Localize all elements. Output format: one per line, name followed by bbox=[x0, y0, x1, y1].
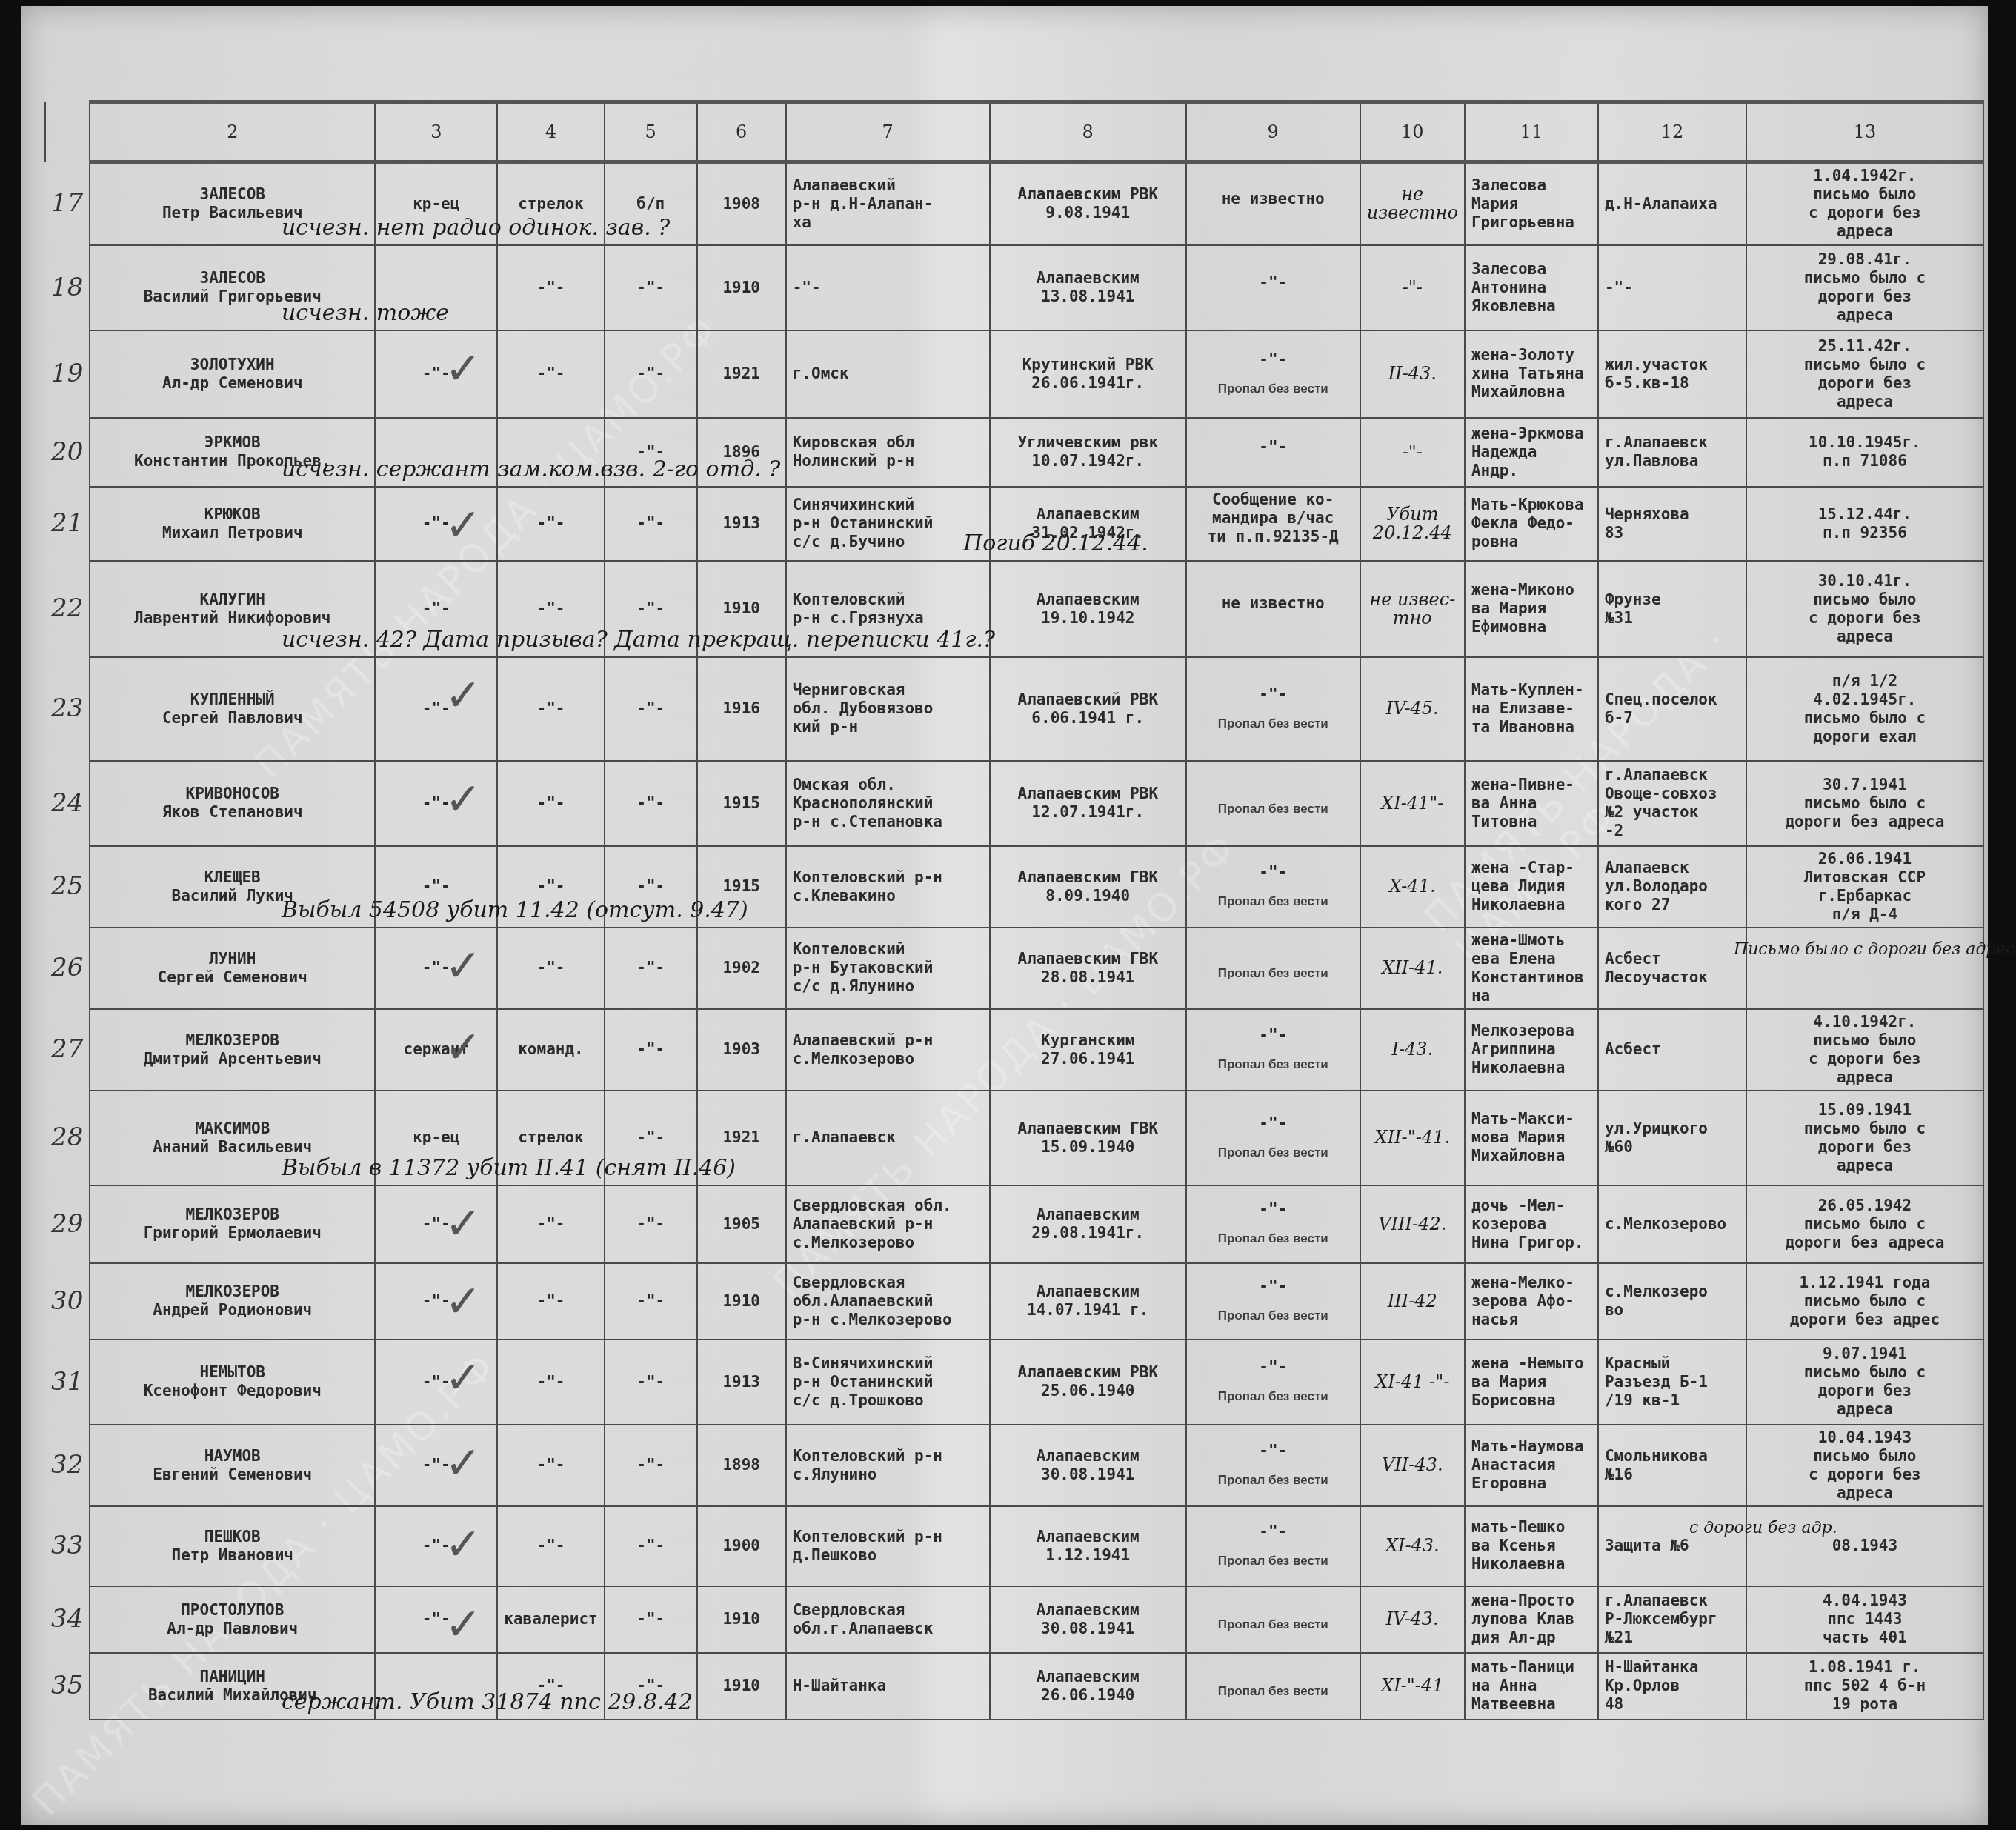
cell-party: -"- bbox=[605, 561, 697, 657]
table-row: 29МЕЛКОЗЕРОВ Григорий Ермолаевич-"--"--"… bbox=[45, 1185, 1983, 1263]
cell-date-hand: VIII-42. bbox=[1360, 1185, 1465, 1263]
cell-text: Асбест bbox=[1605, 1040, 1740, 1059]
cell-text: -"- bbox=[504, 279, 597, 297]
cell-text: 15.12.44г. п.п 92356 bbox=[1753, 505, 1977, 542]
cell-position: -"- bbox=[497, 561, 604, 657]
cell-name: МЕЛКОЗЕРОВ Григорий Ермолаевич bbox=[90, 1185, 375, 1263]
cell-text: команд. bbox=[504, 1040, 597, 1059]
cell-date-hand: XI-41 -"- bbox=[1360, 1340, 1465, 1425]
row-number: 35 bbox=[45, 1653, 90, 1720]
cell-address: с.Мелкозерово bbox=[1598, 1185, 1746, 1263]
cell-text: Фрунзе №31 bbox=[1605, 590, 1740, 628]
cell-text: Алапаевским 14.07.1941 г. bbox=[997, 1282, 1180, 1320]
cell-text: 30.10.41г. письмо было с дороги без адре… bbox=[1753, 572, 1977, 646]
cell-drafted: Алапаевским ГВК 8.09.1940 bbox=[990, 846, 1186, 928]
cell-last-letter: 1.04.1942г. письмо было с дороги без адр… bbox=[1746, 162, 1983, 245]
cell-text: жена -Стар- цева Лидия Николаевна bbox=[1471, 859, 1591, 914]
cell-relative: дочь -Мел- козерова Нина Григор. bbox=[1465, 1185, 1598, 1263]
cell-relative: Залесова Мария Григорьевна bbox=[1465, 162, 1598, 245]
cell-year: 1903 bbox=[697, 1009, 786, 1091]
cell-text: Алапаевским 29.08.1941г. bbox=[997, 1205, 1180, 1242]
column-header: 8 bbox=[990, 102, 1186, 162]
fate-text: -"- bbox=[1193, 863, 1354, 882]
cell-drafted: Крутинский РВК 26.06.1941г. bbox=[990, 330, 1186, 418]
cell-text: 1921 bbox=[704, 365, 779, 383]
handwritten-date: III-42 bbox=[1367, 1292, 1458, 1311]
cell-text: -"- bbox=[611, 365, 691, 383]
cell-text: жена-Эркмова Надежда Андр. bbox=[1471, 425, 1591, 480]
table-row: 33ПЕШКОВ Петр Иванович-"--"--"-1900Копте… bbox=[45, 1506, 1983, 1586]
cell-text: -"- bbox=[611, 1040, 691, 1059]
cell-party: -"- bbox=[605, 1653, 697, 1720]
cell-text: Алапаевским 26.06.1940 bbox=[997, 1668, 1180, 1705]
cell-text: 1913 bbox=[704, 1373, 779, 1391]
cell-text: Крутинский РВК 26.06.1941г. bbox=[997, 356, 1180, 393]
row-number: 28 bbox=[45, 1091, 90, 1185]
cell-name: КЛЕЩЕВ Василий Лукич bbox=[90, 846, 375, 928]
cell-text: МЕЛКОЗЕРОВ Григорий Ермолаевич bbox=[96, 1205, 368, 1242]
row-number-header bbox=[45, 102, 90, 162]
cell-party: -"- bbox=[605, 418, 697, 487]
cell-text: Красный Разъезд Б-1 /19 кв-1 bbox=[1605, 1354, 1740, 1410]
column-header: 11 bbox=[1465, 102, 1598, 162]
cell-text: 1896 bbox=[704, 443, 779, 462]
cell-position: стрелок bbox=[497, 162, 604, 245]
cell-text: -"- bbox=[611, 794, 691, 813]
cell-text: Алапаевским ГВК 8.09.1940 bbox=[997, 868, 1180, 905]
cell-fate: -"-Пропал без вести bbox=[1186, 330, 1360, 418]
cell-last-letter: 30.7.1941 письмо было с дороги без адрес… bbox=[1746, 761, 1983, 846]
cell-text: Кировская обл Нолинский р-н bbox=[793, 433, 983, 470]
cell-relative: Мать-Макси- мова Мария Михайловна bbox=[1465, 1091, 1598, 1185]
cell-relative: жена-Миконо ва Мария Ефимовна bbox=[1465, 561, 1598, 657]
handwritten-date: -"- bbox=[1367, 279, 1458, 297]
check-mark-icon: ✓ bbox=[445, 343, 482, 395]
cell-relative: Залесова Антонина Яковлевна bbox=[1465, 245, 1598, 330]
cell-name: КАЛУГИН Лаврентий Никифорович bbox=[90, 561, 375, 657]
cell-date-hand: -"- bbox=[1360, 245, 1465, 330]
cell-relative: Мать-Куплен- на Елизаве- та Ивановна bbox=[1465, 657, 1598, 761]
cell-birthplace: Коптеловский р-н д.Пешково bbox=[786, 1506, 990, 1586]
cell-drafted: Алапаевским ГВК 28.08.1941 bbox=[990, 928, 1186, 1009]
cell-name: МЕЛКОЗЕРОВ Дмитрий Арсентьевич bbox=[90, 1009, 375, 1091]
cell-year: 1900 bbox=[697, 1506, 786, 1586]
cell-fate: -"- bbox=[1186, 418, 1360, 487]
cell-text: ЛУНИН Сергей Семенович bbox=[96, 950, 368, 987]
fate-text: -"- bbox=[1193, 1523, 1354, 1541]
cell-text: Черняхова 83 bbox=[1605, 505, 1740, 542]
row-number: 30 bbox=[45, 1263, 90, 1340]
cell-address: -"- bbox=[1598, 245, 1746, 330]
cell-address: Фрунзе №31 bbox=[1598, 561, 1746, 657]
cell-text: -"- bbox=[504, 1292, 597, 1311]
missing-stamp: Пропал без вести bbox=[1193, 799, 1354, 818]
cell-text: -"- bbox=[611, 1373, 691, 1391]
cell-birthplace: Коптеловский р-н с.Ялунино bbox=[786, 1425, 990, 1506]
cell-text: ЗОЛОТУХИН Ал-др Семенович bbox=[96, 356, 368, 393]
cell-birthplace: Свердловская обл.Алапаевский р-н с.Мелко… bbox=[786, 1263, 990, 1340]
cell-text: Алапаевским ГВК 15.09.1940 bbox=[997, 1119, 1180, 1157]
cell-address: Алапаевск ул.Володаро кого 27 bbox=[1598, 846, 1746, 928]
cell-fate: Пропал без вести bbox=[1186, 1586, 1360, 1653]
cell-party: -"- bbox=[605, 487, 697, 561]
missing-stamp: Пропал без вести bbox=[1193, 379, 1354, 398]
cell-rank: -"- bbox=[375, 846, 497, 928]
cell-text: Алапаевским РВК 12.07.1941г. bbox=[997, 785, 1180, 822]
cell-name: ПАНИЦИН Василий Михайлович bbox=[90, 1653, 375, 1720]
cell-fate: -"-Пропал без вести bbox=[1186, 1263, 1360, 1340]
cell-fate: -"-Пропал без вести bbox=[1186, 846, 1360, 928]
cell-text: Алапаевский р-н д.Н-Алапан- ха bbox=[793, 176, 983, 232]
cell-year: 1916 bbox=[697, 657, 786, 761]
check-mark-icon: ✓ bbox=[445, 1599, 482, 1651]
cell-party: -"- bbox=[605, 657, 697, 761]
missing-stamp: Пропал без вести bbox=[1193, 1055, 1354, 1074]
cell-text: Алапаевским 13.08.1941 bbox=[997, 269, 1180, 306]
cell-text: мать-Пешко ва Ксенья Николаевна bbox=[1471, 1518, 1591, 1574]
missing-stamp: Пропал без вести bbox=[1193, 1615, 1354, 1634]
cell-text: НЕМЫТОВ Ксенофонт Федорович bbox=[96, 1363, 368, 1400]
cell-name: ЗАЛЕСОВ Василий Григорьевич bbox=[90, 245, 375, 330]
cell-party: -"- bbox=[605, 1263, 697, 1340]
cell-text: Мелкозерова Агриппина Николаевна bbox=[1471, 1022, 1591, 1077]
handwritten-date: XI-41"- bbox=[1367, 794, 1458, 813]
handwritten-date: X-41. bbox=[1367, 877, 1458, 896]
table-row: 25КЛЕЩЕВ Василий Лукич-"--"--"-1915Копте… bbox=[45, 846, 1983, 928]
cell-text: 1898 bbox=[704, 1456, 779, 1474]
cell-text: -"- bbox=[504, 1456, 597, 1474]
cell-text: КРЮКОВ Михаил Петрович bbox=[96, 505, 368, 542]
cell-birthplace: г.Омск bbox=[786, 330, 990, 418]
cell-name: МЕЛКОЗЕРОВ Андрей Родионович bbox=[90, 1263, 375, 1340]
missing-stamp: Пропал без вести bbox=[1193, 892, 1354, 911]
cell-birthplace: Свердловская обл.г.Алапаевск bbox=[786, 1586, 990, 1653]
table-row: 34ПРОСТОЛУПОВ Ал-др Павлович-"-кавалерис… bbox=[45, 1586, 1983, 1653]
cell-drafted: Угличевским рвк 10.07.1942г. bbox=[990, 418, 1186, 487]
cell-date-hand: VII-43. bbox=[1360, 1425, 1465, 1506]
cell-last-letter: 1.08.1941 г. ппс 502 4 б-н 19 рота bbox=[1746, 1653, 1983, 1720]
cell-year: 1915 bbox=[697, 761, 786, 846]
missing-stamp: Пропал без вести bbox=[1193, 1387, 1354, 1405]
cell-drafted: Алапаевским 30.08.1941 bbox=[990, 1425, 1186, 1506]
fate-text: -"- bbox=[1193, 1277, 1354, 1296]
missing-stamp: Пропал без вести bbox=[1193, 714, 1354, 733]
cell-last-letter: 25.11.42г. письмо было с дороги без адре… bbox=[1746, 330, 1983, 418]
cell-birthplace: Коптеловский р-н Бутаковский с/с д.Ялуни… bbox=[786, 928, 990, 1009]
cell-text: 1.08.1941 г. ппс 502 4 б-н 19 рота bbox=[1753, 1658, 1977, 1714]
cell-text: г.Алапаевск ул.Павлова bbox=[1605, 433, 1740, 470]
cell-rank bbox=[375, 1653, 497, 1720]
cell-name: ЗАЛЕСОВ Петр Васильевич bbox=[90, 162, 375, 245]
cell-name: ЗОЛОТУХИН Ал-др Семенович bbox=[90, 330, 375, 418]
cell-drafted: Алапаевским 14.07.1941 г. bbox=[990, 1263, 1186, 1340]
cell-date-hand: II-43. bbox=[1360, 330, 1465, 418]
handwritten-date: XI-"-41 bbox=[1367, 1677, 1458, 1695]
cell-text: Мать-Куплен- на Елизаве- та Ивановна bbox=[1471, 681, 1591, 736]
cell-date-hand: XII-"-41. bbox=[1360, 1091, 1465, 1185]
cell-date-hand: XII-41. bbox=[1360, 928, 1465, 1009]
cell-drafted: Курганским 27.06.1941 bbox=[990, 1009, 1186, 1091]
cell-text: Черниговская обл. Дубовязово кий р-н bbox=[793, 681, 983, 736]
cell-text: жена-Пивне- ва Анна Титовна bbox=[1471, 776, 1591, 831]
cell-fate: не известно bbox=[1186, 561, 1360, 657]
cell-last-letter: п/я 1/2 4.02.1945г. письмо было с дороги… bbox=[1746, 657, 1983, 761]
cell-text: Алапаевским 31.02.1942г. bbox=[997, 505, 1180, 542]
cell-text: -"- bbox=[504, 877, 597, 896]
cell-position: -"- bbox=[497, 657, 604, 761]
fate-text: -"- bbox=[1193, 273, 1354, 292]
handwritten-date: -"- bbox=[1367, 443, 1458, 462]
column-number-header: 2345678910111213 bbox=[45, 102, 1983, 162]
cell-text: Залесова Антонина Яковлевна bbox=[1471, 260, 1591, 316]
cell-text: г.Алапаевск bbox=[793, 1128, 983, 1147]
cell-text: Алапаевским 1.12.1941 bbox=[997, 1528, 1180, 1565]
cell-text: -"- bbox=[504, 1373, 597, 1391]
handwritten-date: XI-43. bbox=[1367, 1537, 1458, 1555]
cell-year: 1910 bbox=[697, 245, 786, 330]
cell-party: б/п bbox=[605, 162, 697, 245]
check-mark-icon: ✓ bbox=[445, 1276, 482, 1328]
cell-text: ЭРКМОВ Константин Прокопьев. bbox=[96, 433, 368, 470]
cell-drafted: Алапаевским 1.12.1941 bbox=[990, 1506, 1186, 1586]
cell-text: 10.04.1943 письмо было с дороги без адре… bbox=[1753, 1428, 1977, 1503]
cell-text: КАЛУГИН Лаврентий Никифорович bbox=[96, 590, 368, 628]
check-mark-icon: ✓ bbox=[445, 499, 482, 551]
table-row: 30МЕЛКОЗЕРОВ Андрей Родионович-"--"--"-1… bbox=[45, 1263, 1983, 1340]
row-number: 29 bbox=[45, 1185, 90, 1263]
cell-text: Угличевским рвк 10.07.1942г. bbox=[997, 433, 1180, 470]
cell-text: -"- bbox=[611, 599, 691, 618]
cell-relative: жена-Пивне- ва Анна Титовна bbox=[1465, 761, 1598, 846]
cell-drafted: Алапаевским ГВК 15.09.1940 bbox=[990, 1091, 1186, 1185]
cell-text: Коптеловский р-н д.Пешково bbox=[793, 1528, 983, 1565]
cell-relative: мать-Паници на Анна Матвеевна bbox=[1465, 1653, 1598, 1720]
fate-text: -"- bbox=[1193, 350, 1354, 369]
cell-text: Алапаевским РВК 25.06.1940 bbox=[997, 1363, 1180, 1400]
column-header: 9 bbox=[1186, 102, 1360, 162]
table-row: 18ЗАЛЕСОВ Василий Григорьевич-"--"-1910-… bbox=[45, 245, 1983, 330]
cell-year: 1910 bbox=[697, 561, 786, 657]
cell-position: команд. bbox=[497, 1009, 604, 1091]
cell-text: -"- bbox=[611, 514, 691, 533]
cell-address: д.Н-Алапаиха bbox=[1598, 162, 1746, 245]
cell-text: 1910 bbox=[704, 599, 779, 618]
cell-text: -"- bbox=[382, 877, 490, 896]
cell-text: 1915 bbox=[704, 877, 779, 896]
cell-text: -"- bbox=[504, 365, 597, 383]
cell-address: Красный Разъезд Б-1 /19 кв-1 bbox=[1598, 1340, 1746, 1425]
handwritten-date: II-43. bbox=[1367, 365, 1458, 383]
cell-birthplace: г.Алапаевск bbox=[786, 1091, 990, 1185]
cell-text: 26.05.1942 письмо было с дороги без адре… bbox=[1753, 1197, 1977, 1252]
column-header: 5 bbox=[605, 102, 697, 162]
cell-year: 1910 bbox=[697, 1586, 786, 1653]
cell-text: кр-ец bbox=[382, 1128, 490, 1147]
cell-last-letter: 15.12.44г. п.п 92356 bbox=[1746, 487, 1983, 561]
cell-text: 4.04.1943 ппс 1443 часть 401 bbox=[1753, 1591, 1977, 1647]
cell-relative: жена-Просто лупова Клав дия Ал-др bbox=[1465, 1586, 1598, 1653]
cell-last-letter: 1.12.1941 года письмо было с дороги без … bbox=[1746, 1263, 1983, 1340]
cell-fate: -"-Пропал без вести bbox=[1186, 1425, 1360, 1506]
cell-text: д.Н-Алапаиха bbox=[1605, 195, 1740, 213]
cell-text: жена-Шмоть ева Елена Константинов на bbox=[1471, 931, 1591, 1005]
column-header: 2 bbox=[90, 102, 375, 162]
check-mark-icon: ✓ bbox=[445, 1519, 482, 1571]
cell-text: Коптеловский р-н с.Грязнуха bbox=[793, 590, 983, 628]
cell-text: г.Алапаевск Овоще-совхоз №2 участок -2 bbox=[1605, 766, 1740, 840]
fate-text: -"- bbox=[1193, 1442, 1354, 1460]
cell-text: 9.07.1941 письмо было с дороги без адрес… bbox=[1753, 1345, 1977, 1419]
cell-position: -"- bbox=[497, 1185, 604, 1263]
column-header: 7 bbox=[786, 102, 990, 162]
cell-drafted: Алапаевским 29.08.1941г. bbox=[990, 1185, 1186, 1263]
table-row: 19ЗОЛОТУХИН Ал-др Семенович-"--"--"-1921… bbox=[45, 330, 1983, 418]
cell-address: Защита №6 bbox=[1598, 1506, 1746, 1586]
cell-text: Свердловская обл.Алапаевский р-н с.Мелко… bbox=[793, 1274, 983, 1329]
table-row: 21КРЮКОВ Михаил Петрович-"--"--"-1913Син… bbox=[45, 487, 1983, 561]
missing-stamp: Пропал без вести bbox=[1193, 1682, 1354, 1700]
cell-fate: -"-Пропал без вести bbox=[1186, 657, 1360, 761]
cell-text: 1915 bbox=[704, 794, 779, 813]
cell-year: 1908 bbox=[697, 162, 786, 245]
cell-text: МЕЛКОЗЕРОВ Андрей Родионович bbox=[96, 1282, 368, 1320]
cell-text: -"- bbox=[611, 279, 691, 297]
cell-birthplace: Алапаевский р-н д.Н-Алапан- ха bbox=[786, 162, 990, 245]
cell-text: Курганским 27.06.1941 bbox=[997, 1031, 1180, 1068]
missing-stamp: Пропал без вести bbox=[1193, 1143, 1354, 1162]
cell-text: Асбест Лесоучасток bbox=[1605, 950, 1740, 987]
cell-text: 10.10.1945г. п.п 71086 bbox=[1753, 433, 1977, 470]
cell-text: 1905 bbox=[704, 1215, 779, 1234]
cell-fate: Пропал без вести bbox=[1186, 928, 1360, 1009]
cell-text: с.Мелкозеро во bbox=[1605, 1282, 1740, 1320]
row-number: 23 bbox=[45, 657, 90, 761]
cell-last-letter: 26.06.1941 Литовская ССР г.Ербаркас п/я … bbox=[1746, 846, 1983, 928]
handwritten-date: XI-41 -"- bbox=[1367, 1373, 1458, 1391]
cell-date-hand: XI-41"- bbox=[1360, 761, 1465, 846]
cell-position: -"- bbox=[497, 1506, 604, 1586]
cell-fate: Пропал без вести bbox=[1186, 761, 1360, 846]
cell-party: -"- bbox=[605, 1091, 697, 1185]
missing-stamp: Пропал без вести bbox=[1193, 1471, 1354, 1489]
cell-position bbox=[497, 418, 604, 487]
cell-last-letter: 29.08.41г. письмо было с дороги без адре… bbox=[1746, 245, 1983, 330]
handwritten-date: I-43. bbox=[1367, 1040, 1458, 1059]
cell-text: ПАНИЦИН Василий Михайлович bbox=[96, 1668, 368, 1705]
cell-birthplace: Омская обл. Краснополянский р-н с.Степан… bbox=[786, 761, 990, 846]
cell-date-hand: IV-43. bbox=[1360, 1586, 1465, 1653]
cell-text: Омская обл. Краснополянский р-н с.Степан… bbox=[793, 776, 983, 831]
cell-text: Алапаевским РВК 9.08.1941 bbox=[997, 185, 1180, 222]
cell-birthplace: Синячихинский р-н Останинский с/с д.Бучи… bbox=[786, 487, 990, 561]
cell-year: 1898 bbox=[697, 1425, 786, 1506]
cell-text: Мать-Крюкова Фекла Федо- ровна bbox=[1471, 496, 1591, 551]
handwritten-date: XII-41. bbox=[1367, 959, 1458, 977]
cell-year: 1902 bbox=[697, 928, 786, 1009]
cell-text: 1903 bbox=[704, 1040, 779, 1059]
cell-date-hand: не известно bbox=[1360, 162, 1465, 245]
cell-text: -"- bbox=[611, 1537, 691, 1555]
cell-text: Алапаевским 30.08.1941 bbox=[997, 1447, 1180, 1484]
cell-text: Спец.поселок б-7 bbox=[1605, 691, 1740, 728]
cell-fate: Пропал без вести bbox=[1186, 1653, 1360, 1720]
table-row: 17ЗАЛЕСОВ Петр Васильевичкр-ецстрелокб/п… bbox=[45, 162, 1983, 245]
cell-birthplace: Черниговская обл. Дубовязово кий р-н bbox=[786, 657, 990, 761]
cell-birthplace: Свердловская обл. Алапаевский р-н с.Мелк… bbox=[786, 1185, 990, 1263]
cell-drafted: Алапаевским 30.08.1941 bbox=[990, 1586, 1186, 1653]
handwritten-date: VII-43. bbox=[1367, 1456, 1458, 1474]
cell-text: -"- bbox=[504, 1677, 597, 1695]
cell-text: -"- bbox=[504, 599, 597, 618]
cell-address: с.Мелкозеро во bbox=[1598, 1263, 1746, 1340]
cell-position: -"- bbox=[497, 1340, 604, 1425]
cell-text: 1910 bbox=[704, 279, 779, 297]
cell-rank: кр-ец bbox=[375, 1091, 497, 1185]
cell-last-letter: 4.04.1943 ппс 1443 часть 401 bbox=[1746, 1586, 1983, 1653]
fate-text: -"- bbox=[1193, 1358, 1354, 1377]
cell-name: ЛУНИН Сергей Семенович bbox=[90, 928, 375, 1009]
cell-text: Залесова Мария Григорьевна bbox=[1471, 176, 1591, 232]
column-header: 4 bbox=[497, 102, 604, 162]
fate-text: не известно bbox=[1193, 594, 1354, 613]
cell-date-hand: IV-45. bbox=[1360, 657, 1465, 761]
cell-rank: кр-ец bbox=[375, 162, 497, 245]
cell-text: б/п bbox=[611, 195, 691, 213]
cell-name: КРИВОНОСОВ Яков Степанович bbox=[90, 761, 375, 846]
cell-text: -"- bbox=[504, 514, 597, 533]
cell-date-hand: III-42 bbox=[1360, 1263, 1465, 1340]
cell-text: -"- bbox=[504, 959, 597, 977]
cell-text: ул.Урицкого №60 bbox=[1605, 1119, 1740, 1157]
row-number: 26 bbox=[45, 928, 90, 1009]
cell-text: 1900 bbox=[704, 1537, 779, 1555]
cell-text: Свердловская обл.г.Алапаевск bbox=[793, 1601, 983, 1638]
cell-fate: -"-Пропал без вести bbox=[1186, 1506, 1360, 1586]
cell-text: жена-Просто лупова Клав дия Ал-др bbox=[1471, 1591, 1591, 1647]
cell-relative: Мать-Наумова Анастасия Егоровна bbox=[1465, 1425, 1598, 1506]
cell-address: Асбест Лесоучасток bbox=[1598, 928, 1746, 1009]
cell-text: 1910 bbox=[704, 1292, 779, 1311]
cell-text: Алапаевский р-н с.Мелкозерово bbox=[793, 1031, 983, 1068]
check-mark-icon: ✓ bbox=[445, 1437, 482, 1489]
cell-text: -"- bbox=[611, 959, 691, 977]
cell-position: кавалерист bbox=[497, 1586, 604, 1653]
cell-birthplace: Коптеловский р-н с.Грязнуха bbox=[786, 561, 990, 657]
cell-text: Мать-Макси- мова Мария Михайловна bbox=[1471, 1110, 1591, 1165]
cell-text: жена-Миконо ва Мария Ефимовна bbox=[1471, 581, 1591, 636]
cell-text: ПЕШКОВ Петр Иванович bbox=[96, 1528, 368, 1565]
table-row: 32НАУМОВ Евгений Семенович-"--"--"-1898К… bbox=[45, 1425, 1983, 1506]
check-mark-icon: ✓ bbox=[445, 940, 482, 992]
cell-text: жена-Мелко- зерова Афо- насья bbox=[1471, 1274, 1591, 1329]
cell-position: -"- bbox=[497, 761, 604, 846]
cell-address: Черняхова 83 bbox=[1598, 487, 1746, 561]
cell-name: КУПЛЕННЫЙ Сергей Павлович bbox=[90, 657, 375, 761]
cell-birthplace: В-Синячихинский р-н Останинский с/с д.Тр… bbox=[786, 1340, 990, 1425]
cell-position: -"- bbox=[497, 1425, 604, 1506]
cell-text: Коптеловский р-н Бутаковский с/с д.Ялуни… bbox=[793, 940, 983, 996]
cell-year: 1905 bbox=[697, 1185, 786, 1263]
column-header: 6 bbox=[697, 102, 786, 162]
register-table: 2345678910111213 17ЗАЛЕСОВ Петр Васильев… bbox=[44, 100, 1984, 1720]
cell-text: Алапаевским 19.10.1942 bbox=[997, 590, 1180, 628]
cell-address: Н-Шайтанка Кр.Орлов 48 bbox=[1598, 1653, 1746, 1720]
cell-party: -"- bbox=[605, 761, 697, 846]
cell-text: ЗАЛЕСОВ Петр Васильевич bbox=[96, 185, 368, 222]
cell-text: -"- bbox=[504, 699, 597, 718]
cell-position: -"- bbox=[497, 928, 604, 1009]
cell-text: Алапаевским 30.08.1941 bbox=[997, 1601, 1180, 1638]
